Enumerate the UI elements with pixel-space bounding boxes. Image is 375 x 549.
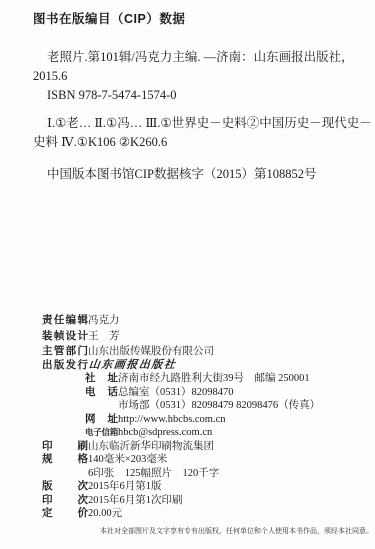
colophon-row: 电话 总编室（0531）82098470 [42, 386, 369, 400]
colophon-row: 印刷 山东临沂新华印刷物流集团 [42, 440, 369, 454]
row-label: 定价 [42, 507, 88, 521]
row-label: 规格 [42, 453, 88, 467]
row-label: 责任编辑 [42, 314, 88, 328]
cip-year-line: 2015.6 [33, 67, 363, 86]
colophon-row: 市场部（0531）82098479 82098476（传真） [42, 399, 369, 413]
row-label: 版次 [42, 480, 88, 494]
row-label: 网址 [85, 413, 118, 427]
row-label: 电话 [85, 386, 118, 400]
colophon-row: 6印张 125幅照片 120千字 [42, 467, 369, 481]
row-value: 总编室（0531）82098470 [118, 386, 234, 400]
cip-isbn-line: ISBN 978-7-5474-1574-0 [33, 86, 363, 105]
row-label: 印次 [42, 494, 88, 508]
colophon-row: 版次 2015年6月第1版 [42, 480, 369, 494]
row-label: 社址 [85, 372, 118, 386]
row-value: 市场部（0531）82098479 82098476（传真） [118, 399, 320, 413]
row-value: 2015年6月第1版 [88, 480, 162, 494]
cip-block: 图书在版编目（CIP）数据 老照片.第101辑/冯克力主编. —济南：山东画报出… [33, 10, 363, 184]
colophon-row: 网址 http://www.hbcbs.com.cn [42, 413, 369, 427]
colophon-row: 印次 2015年6月第1次印刷 [42, 494, 369, 508]
colophon-row: 出版发行 山东画报出版社 [42, 359, 369, 373]
colophon-block: 责任编辑 冯克力 装帧设计 王 芳 主管部门 山东出版传媒股份有限公司 出版发行… [42, 314, 369, 538]
colophon-row: 责任编辑 冯克力 [42, 314, 369, 328]
row-value: 冯克力 [88, 314, 120, 328]
row-value: 140毫米×203毫米 [88, 453, 167, 467]
cip-title-line: 老照片.第101辑/冯克力主编. —济南：山东画报出版社， [33, 48, 363, 67]
colophon-row: 电子信箱 hbcb@sdpress.com.cn [42, 426, 369, 440]
colophon-row: 规格 140毫米×203毫米 [42, 453, 369, 467]
book-copyright-page: 图书在版编目（CIP）数据 老照片.第101辑/冯克力主编. —济南：山东画报出… [0, 0, 375, 549]
row-value: 20.00元 [88, 507, 122, 521]
row-label: 出版发行 [42, 359, 88, 373]
colophon-row: 定价 20.00元 [42, 507, 369, 521]
row-value: 6印张 125幅照片 120千字 [88, 467, 219, 481]
row-value: hbcb@sdpress.com.cn [118, 426, 212, 440]
colophon-row: 主管部门 山东出版传媒股份有限公司 [42, 345, 369, 359]
cip-classification-line-1: Ⅰ.①老… Ⅱ.①冯… Ⅲ.①世界史－史料②中国历史－现代史－ [33, 114, 363, 133]
row-label: 印刷 [42, 440, 88, 454]
row-value: 济南市经九路胜利大街39号 邮编 250001 [118, 372, 310, 386]
cip-record-number-line: 中国版本图书馆CIP数据核字（2015）第108852号 [33, 165, 363, 184]
row-value: 2015年6月第1次印刷 [88, 494, 183, 508]
publisher-logotype: 山东画报出版社 [88, 359, 177, 373]
cip-heading: 图书在版编目（CIP）数据 [33, 10, 363, 29]
colophon-row: 装帧设计 王 芳 [42, 330, 369, 344]
row-value: http://www.hbcbs.com.cn [118, 413, 226, 427]
row-label: 装帧设计 [42, 330, 88, 344]
row-value: 山东临沂新华印刷物流集团 [88, 440, 214, 454]
cip-classification-line-2: 史料 Ⅳ.①K106 ②K260.6 [33, 133, 363, 152]
colophon-row: 社址 济南市经九路胜利大街39号 邮编 250001 [42, 372, 369, 386]
row-label: 主管部门 [42, 345, 88, 359]
row-value: 王 芳 [88, 330, 120, 344]
row-value: 山东出版传媒股份有限公司 [88, 345, 214, 359]
copyright-notice: 本社对全部图片及文字享有专有出版权，任何单位和个人使用本书作品，须经本社同意。 [100, 525, 369, 539]
row-label: 电子信箱 [85, 426, 118, 440]
